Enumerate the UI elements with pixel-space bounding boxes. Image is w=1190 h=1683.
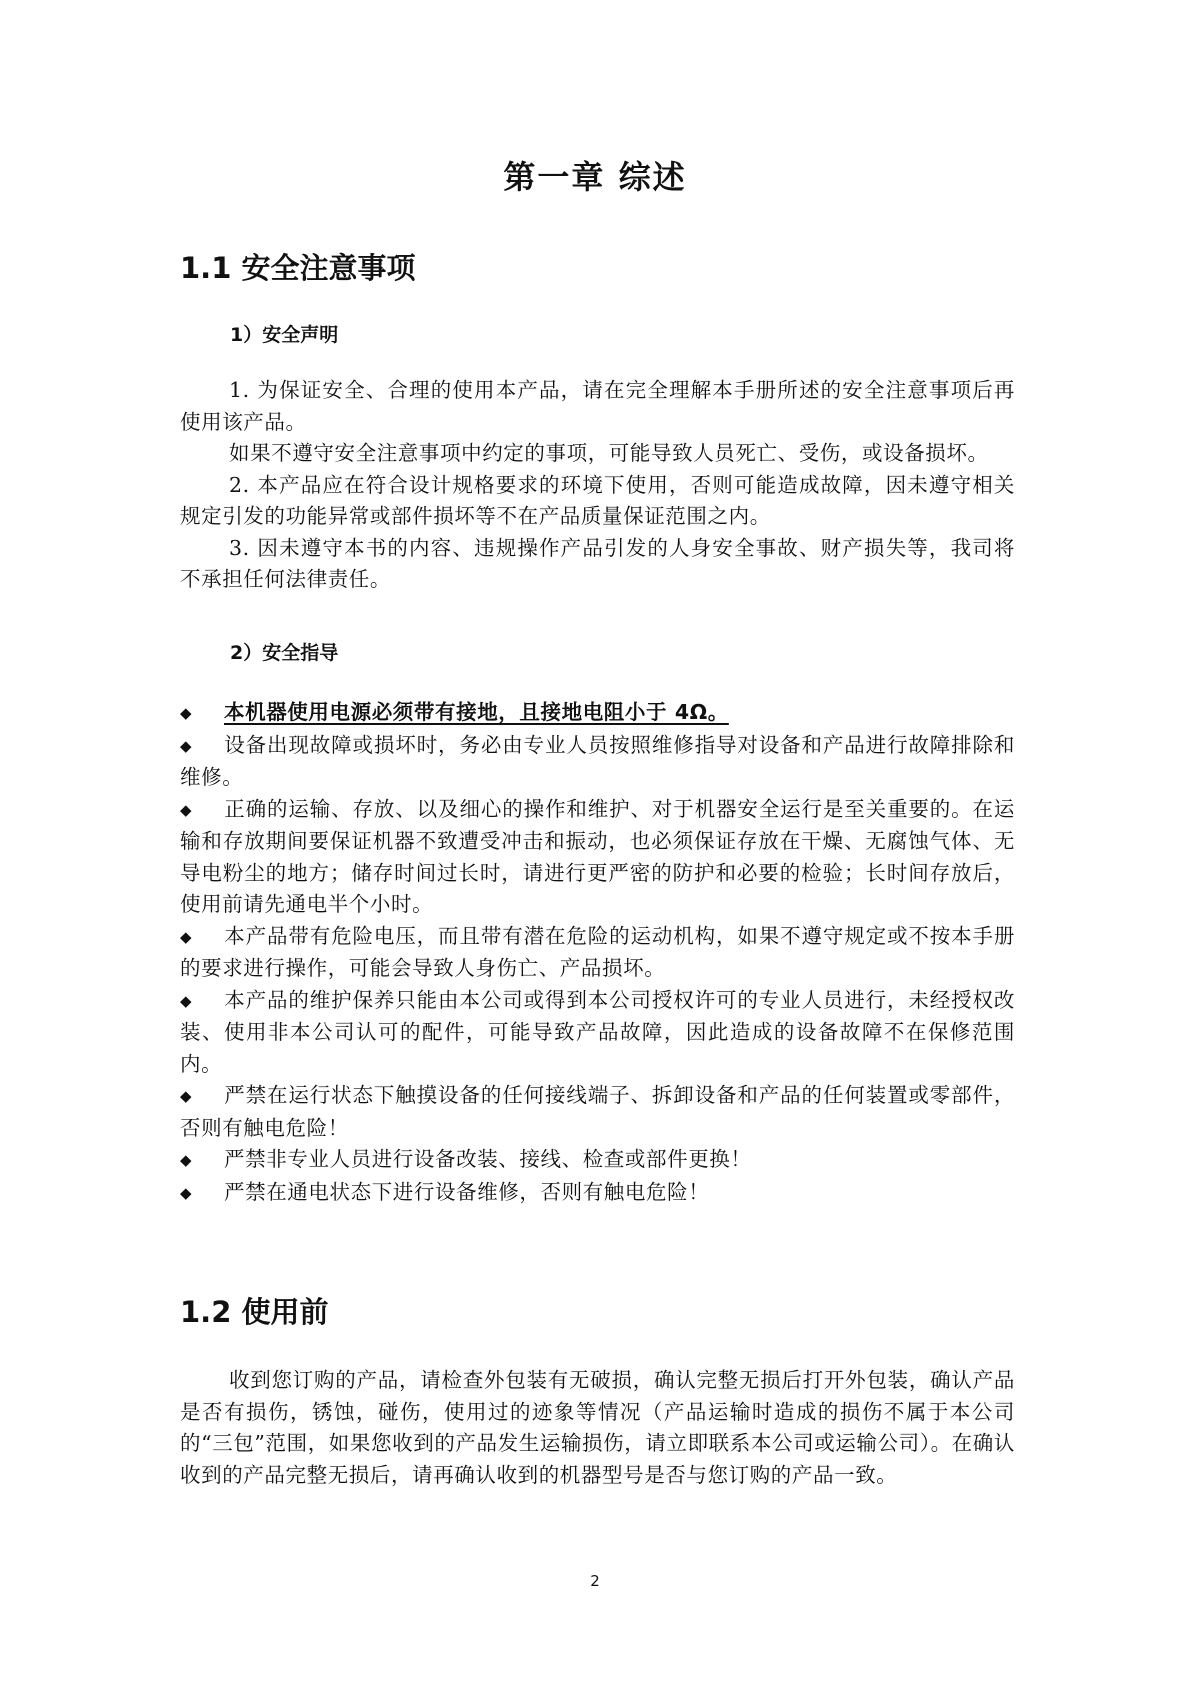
paragraph: 收到您订购的产品，请检查外包装有无破损，确认完整无损后打开外包装，确认产品是否有… [180,1365,1015,1491]
list-item-text: 正确的运输、存放、以及细心的操作和维护、对于机器安全运行是至关重要的。在运输和存… [180,797,1015,917]
chapter-title: 第一章 综述 [0,152,1190,198]
list-item-text: 设备出现故障或损坏时，务必由专业人员按照维修指导对设备和产品进行故障排除和维修。 [180,733,1015,790]
before-use-body: 收到您订购的产品，请检查外包装有无破损，确认完整无损后打开外包装，确认产品是否有… [180,1365,1015,1491]
list-item-text: 本产品的维护保养只能由本公司或得到本公司授权许可的专业人员进行，未经授权改装、使… [180,988,1015,1076]
safety-guidance-list: ◆本机器使用电源必须带有接地，且接地电阻小于 4Ω。 ◆设备出现故障或损坏时，务… [180,697,1015,1209]
paragraph: 2. 本产品应在符合设计规格要求的环境下使用，否则可能造成故障，因未遵守相关规定… [180,470,1015,533]
list-item: ◆严禁在通电状态下进行设备维修，否则有触电危险！ [180,1177,1015,1210]
diamond-bullet-icon: ◆ [180,795,224,827]
paragraph: 1. 为保证安全、合理的使用本产品，请在完全理解本手册所述的安全注意事项后再使用… [180,375,1015,438]
list-item: ◆设备出现故障或损坏时，务必由专业人员按照维修指导对设备和产品进行故障排除和维修… [180,730,1015,794]
document-page: 第一章 综述 1.1 安全注意事项 1）安全声明 1. 为保证安全、合理的使用本… [0,0,1190,1683]
page-number: 2 [0,1572,1190,1590]
list-item-text: 严禁在运行状态下触摸设备的任何接线端子、拆卸设备和产品的任何装置或零部件，否则有… [180,1083,1015,1140]
diamond-bullet-icon: ◆ [180,731,224,763]
list-item: ◆正确的运输、存放、以及细心的操作和维护、对于机器安全运行是至关重要的。在运输和… [180,794,1015,921]
diamond-bullet-icon: ◆ [180,922,224,954]
safety-statement-body: 1. 为保证安全、合理的使用本产品，请在完全理解本手册所述的安全注意事项后再使用… [180,375,1015,596]
diamond-bullet-icon: ◆ [180,986,224,1018]
diamond-bullet-icon: ◆ [180,1145,224,1177]
list-item: ◆本产品带有危险电压，而且带有潜在危险的运动机构，如果不遵守规定或不按本手册的要… [180,921,1015,985]
paragraph: 如果不遵守安全注意事项中约定的事项，可能导致人员死亡、受伤，或设备损坏。 [180,438,1015,470]
subsection-title-safety-statement: 1）安全声明 [230,320,338,347]
diamond-bullet-icon: ◆ [180,698,224,730]
grounding-warning-text: 本机器使用电源必须带有接地，且接地电阻小于 4Ω。 [224,700,729,724]
paragraph: 3. 因未遵守本书的内容、违规操作产品引发的人身安全事故、财产损失等，我司将不承… [180,533,1015,596]
diamond-bullet-icon: ◆ [180,1178,224,1210]
list-item-text: 严禁在通电状态下进行设备维修，否则有触电危险！ [224,1180,709,1204]
list-item: ◆严禁在运行状态下触摸设备的任何接线端子、拆卸设备和产品的任何装置或零部件，否则… [180,1080,1015,1144]
list-item: ◆本机器使用电源必须带有接地，且接地电阻小于 4Ω。 [180,697,1015,730]
subsection-title-safety-guidance: 2）安全指导 [230,638,338,665]
section-title-safety: 1.1 安全注意事项 [180,246,415,287]
list-item: ◆本产品的维护保养只能由本公司或得到本公司授权许可的专业人员进行，未经授权改装、… [180,985,1015,1081]
list-item-text: 本产品带有危险电压，而且带有潜在危险的运动机构，如果不遵守规定或不按本手册的要求… [180,924,1015,981]
list-item: ◆严禁非专业人员进行设备改装、接线、检查或部件更换！ [180,1144,1015,1177]
list-item-text: 严禁非专业人员进行设备改装、接线、检查或部件更换！ [224,1147,752,1171]
diamond-bullet-icon: ◆ [180,1081,224,1113]
section-title-before-use: 1.2 使用前 [180,1290,328,1331]
